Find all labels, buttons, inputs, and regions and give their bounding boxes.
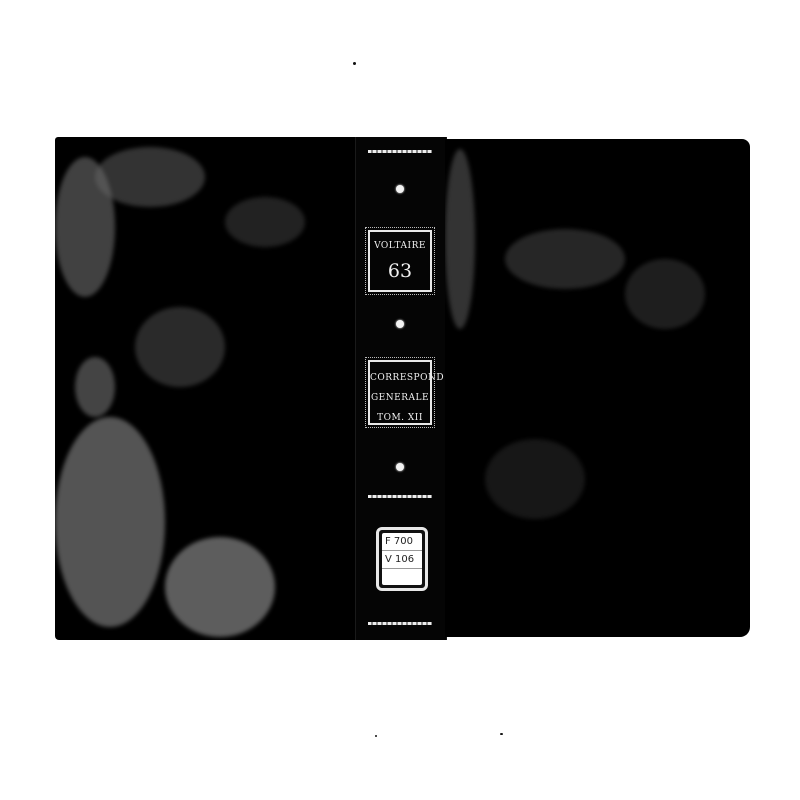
marbling <box>225 197 305 247</box>
shelfmark-line: V 106 <box>382 551 422 569</box>
contents-label: CORRESPOND GENERALE TOM. XII <box>368 360 432 425</box>
title-label: VOLTAIRE 63 <box>368 230 432 292</box>
rosette-ornament <box>396 320 404 328</box>
shelfmark-line: F 700 <box>382 533 422 551</box>
dust-speck <box>500 733 503 735</box>
gilt-band <box>368 495 432 498</box>
marbling <box>505 229 625 289</box>
gilt-band <box>368 622 432 625</box>
author: VOLTAIRE <box>370 240 430 252</box>
gilt-band <box>368 150 432 153</box>
front-cover <box>55 137 355 640</box>
contents-line: CORRESPOND <box>370 368 430 388</box>
marbling <box>445 149 475 329</box>
book: VOLTAIRE 63 CORRESPOND GENERALE TOM. XII… <box>55 137 750 640</box>
rosette-ornament <box>396 463 404 471</box>
marbling <box>95 147 205 207</box>
marbling <box>485 439 585 519</box>
marbling <box>625 259 705 329</box>
marbling <box>55 417 165 627</box>
marbling <box>135 307 225 387</box>
rosette-ornament <box>396 185 404 193</box>
marbling <box>165 537 275 637</box>
spine: VOLTAIRE 63 CORRESPOND GENERALE TOM. XII… <box>355 137 447 640</box>
contents-line: GENERALE <box>370 388 430 408</box>
back-cover <box>445 139 750 637</box>
marbling <box>75 357 115 417</box>
dust-speck <box>375 735 377 737</box>
shelfmark-label: F 700 V 106 <box>376 527 428 591</box>
dust-speck <box>353 62 356 65</box>
shelfmark-line <box>382 569 422 586</box>
tome-number: TOM. XII <box>370 408 430 428</box>
volume-number: 63 <box>370 258 430 284</box>
